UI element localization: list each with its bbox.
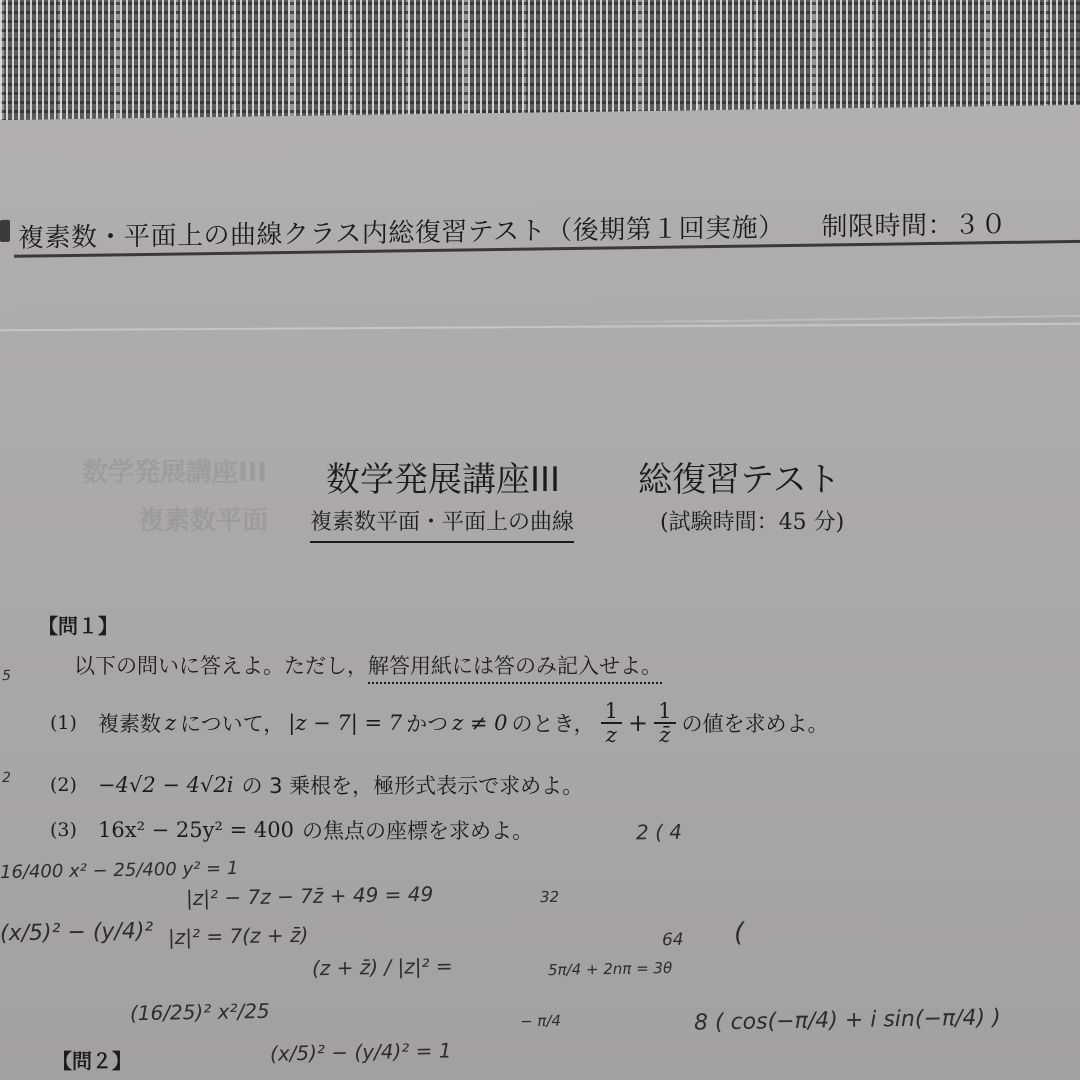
subject-subtitle: 複素数平面・平面上の曲線: [310, 505, 574, 543]
item-text: の値を求めよ。: [682, 708, 829, 738]
handwritten-note: 2 ( 4: [636, 820, 682, 845]
question-1-item-3: (3) 16x² − 25y² = 400 の焦点の座標を求めよ。: [50, 815, 533, 845]
item-text: の 3 乗根を，極形式表示で求めよ。: [241, 770, 583, 800]
handwritten-note: |z|² = 7(z + z̄): [168, 923, 309, 949]
numerator: 1: [654, 700, 675, 724]
denominator: z̄: [659, 724, 670, 746]
handwritten-margin-note: 5: [2, 668, 11, 684]
item-text: かつ: [406, 708, 448, 738]
handwritten-note: (x/5)² − (y/4)² = 1: [270, 1038, 452, 1065]
top-sheet: 複素数・平面上の曲線クラス内総復習テスト（後期第１回実施） 制限時間：３０: [0, 105, 1080, 330]
item-number: (3): [50, 819, 98, 841]
handwritten-note: (x/5)² − (y/4)²: [0, 919, 153, 947]
test-title: 総復習テスト: [638, 452, 841, 501]
math-condition: z ≠ 0: [452, 711, 507, 735]
handwritten-note: (16/25)² x²/25: [130, 999, 270, 1025]
handwritten-note: 32: [540, 888, 559, 906]
instruction-text: 以下の問いに答えよ。ただし，: [74, 654, 368, 678]
item-text: の焦点の座標を求めよ。: [302, 815, 533, 845]
item-number: (1): [50, 712, 98, 734]
course-title: 数学発展講座III: [326, 452, 560, 501]
item-number: (2): [50, 774, 98, 796]
handwritten-margin-note: 2: [2, 770, 11, 786]
handwritten-note: − π/4: [520, 1012, 561, 1031]
handwritten-note: (z + z̄) / |z|² =: [312, 954, 453, 980]
denominator: z: [606, 724, 617, 746]
question-1-item-1: (1) 複素数 z について， |z − 7| = 7 かつ z ≠ 0 のとき…: [50, 700, 829, 746]
plus-sign: +: [628, 709, 648, 737]
question-1-label: 【問１】: [38, 610, 118, 639]
question-1-instruction: 以下の問いに答えよ。ただし，解答用紙には答のみ記入せよ。: [74, 650, 662, 680]
fraction-1-over-z: 1 z: [601, 700, 622, 746]
question-1-item-2: (2) −4√2 − 4√2i の 3 乗根を，極形式表示で求めよ。: [50, 770, 583, 800]
item-text: について，: [180, 708, 284, 738]
question-2-label: 【問２】: [52, 1045, 132, 1074]
fraction-1-over-zbar: 1 z̄: [654, 700, 675, 746]
handwritten-note: (: [734, 918, 745, 948]
item-text: のとき，: [511, 708, 594, 738]
math-expression: −4√2 − 4√2i: [98, 773, 233, 797]
handwritten-note: 16/400 x² − 25/400 y² = 1: [0, 858, 239, 883]
handwritten-note: 5π/4 + 2nπ = 3θ: [548, 959, 672, 979]
math-expression: 16x² − 25y² = 400: [98, 818, 294, 842]
bleed-through-text-1: 数学発展講座III: [82, 452, 267, 489]
handwritten-note: |z|² − 7z − 7z̄ + 49 = 49: [186, 882, 434, 910]
exam-time: (試験時間：45 分): [660, 505, 844, 536]
math-condition: |z − 7| = 7: [288, 711, 402, 735]
instruction-emphasis: 解答用紙には答のみ記入せよ。: [368, 654, 662, 684]
numerator: 1: [601, 700, 622, 724]
math-var: z: [165, 711, 176, 735]
clip-icon: [0, 220, 10, 242]
handwritten-note: 8 ( cos(−π/4) + i sin(−π/4) ): [694, 1005, 1001, 1035]
handwritten-note: 64: [662, 930, 684, 950]
bleed-through-text-2: 複素数平面: [138, 500, 268, 537]
item-text: 複素数: [98, 708, 161, 738]
top-sheet-time-limit: 制限時間：３０: [821, 210, 1007, 243]
